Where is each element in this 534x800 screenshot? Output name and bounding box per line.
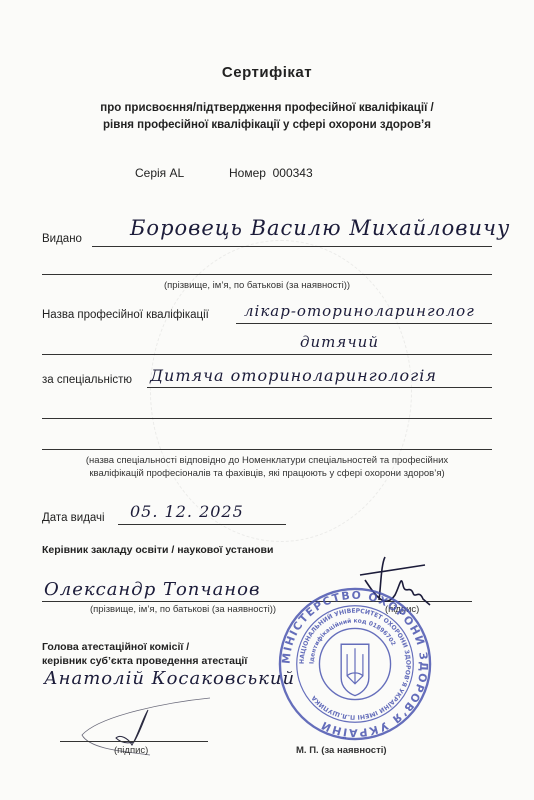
issued-to-line-2 [42, 274, 492, 275]
issued-to-label: Видано [42, 233, 82, 245]
specialty-value: Дитяча оториноларингологія [150, 366, 437, 385]
specialty-caption: (назва спеціальності відповідно до Номен… [0, 454, 534, 480]
qualification-line-2 [42, 354, 492, 355]
qualification-line [236, 323, 492, 324]
commission-label: Голова атестаційної комісії / керівник с… [42, 640, 247, 668]
issued-to-value: Боровець Василю Михайловичу [130, 216, 510, 240]
commission-label-line-1: Голова атестаційної комісії / [42, 640, 247, 654]
specialty-label: за спеціальністю [42, 374, 132, 386]
official-stamp: МІНІСТЕРСТВО ОХОРОНИ ЗДОРОВ’Я УКРАЇНИ НА… [276, 585, 434, 743]
certificate-page: Сертифікат про присвоєння/підтвердження … [0, 0, 534, 800]
head-name-caption: (прізвище, ім’я, по батькові (за наявнос… [90, 604, 276, 615]
trident-icon [341, 644, 369, 695]
issue-date-label: Дата видачі [42, 512, 105, 524]
issue-date-value: 05. 12. 2025 [130, 502, 244, 521]
commission-sign-caption: (підпис) [114, 745, 148, 756]
number-label: Номер 000343 [229, 166, 313, 180]
seal-caption: М. П. (за наявності) [296, 745, 387, 756]
subtitle-line-2: рівня професійної кваліфікації у сфері о… [0, 117, 534, 134]
qualification-value-2: дитячий [300, 333, 379, 351]
series-label: Серія AL [135, 166, 184, 180]
qualification-label: Назва професійної кваліфікації [42, 309, 209, 321]
certificate-subtitle: про присвоєння/підтвердження професійної… [0, 100, 534, 134]
head-name: Олександр Топчанов [44, 579, 260, 600]
specialty-caption-line-1: (назва спеціальності відповідно до Номен… [0, 454, 534, 467]
commission-label-line-2: керівник суб’єкта проведення атестації [42, 654, 247, 668]
commission-name: Анатолій Косаковський [44, 668, 295, 689]
commission-signature-line [60, 741, 208, 742]
specialty-line-3 [42, 449, 492, 450]
specialty-caption-line-2: кваліфікацій професіоналів та фахівців, … [0, 467, 534, 480]
issued-to-line [92, 246, 492, 247]
specialty-line [147, 387, 492, 388]
head-label: Керівник закладу освіти / наукової устан… [42, 544, 273, 556]
specialty-line-2 [42, 418, 492, 419]
issue-date-line [118, 524, 286, 525]
name-caption: (прізвище, ім’я, по батькові (за наявнос… [164, 280, 350, 291]
qualification-value-1: лікар-оториноларинголог [244, 302, 475, 320]
certificate-title: Сертифікат [0, 64, 534, 81]
subtitle-line-1: про присвоєння/підтвердження професійної… [0, 100, 534, 117]
